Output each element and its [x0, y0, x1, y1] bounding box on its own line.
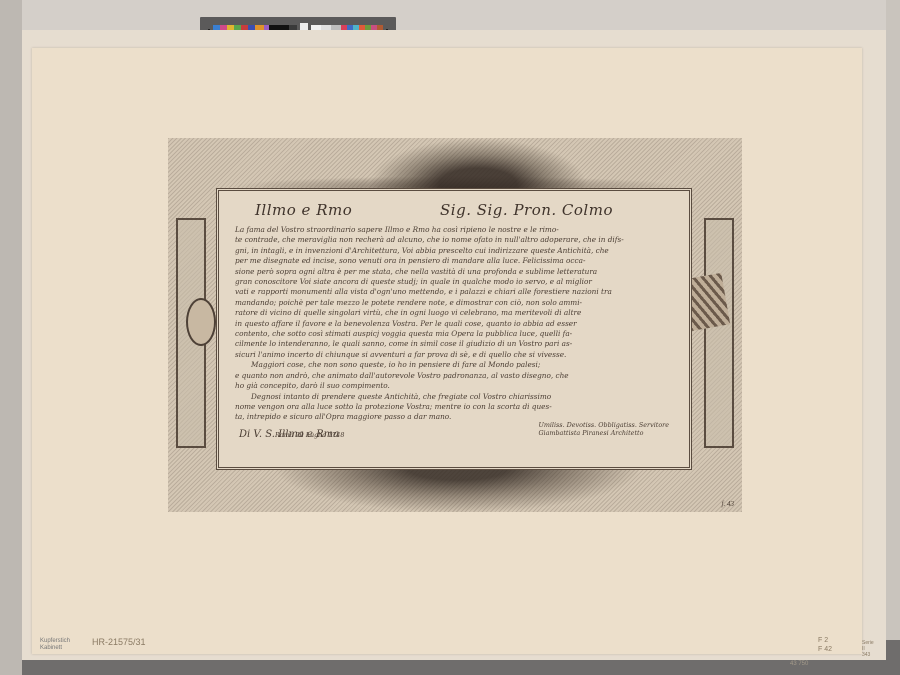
folio-line-1: F 2 [818, 636, 832, 645]
right-pilaster [704, 218, 734, 448]
signature-block: Umiliss. Devotiss. Obbligatiss. Servitor… [538, 421, 673, 439]
letter-line: vati e rapporti monumenti alla vista d'o… [235, 287, 673, 297]
letter-line: ho già concepito, darò il suo compimento… [235, 381, 673, 391]
signature-row: Roma 20 Luglio 1748 Umiliss. Devotiss. O… [235, 421, 673, 439]
letter-date: Roma 20 Luglio 1748 [235, 421, 344, 439]
dedication-frame: Illmo e Rmo Sig. Sig. Pron. Colmo La fam… [216, 188, 692, 470]
salutation-right: Sig. Sig. Pron. Colmo [440, 201, 613, 219]
letter-line: Degnosi intanto di prendere queste Antic… [235, 392, 673, 402]
letter-line: gran conoscitore Voi siate ancora di que… [235, 277, 673, 287]
etching-plate: Illmo e Rmo Sig. Sig. Pron. Colmo La fam… [168, 138, 742, 512]
bottom-note: 43 750 [790, 661, 808, 667]
letter-line: in questo affare il favore e la benevole… [235, 319, 673, 329]
inventory-number: HR-21575/31 [92, 637, 146, 647]
folio-annotation: F 2 F 42 [818, 636, 832, 654]
letter-line: mandando; poichè per tale mezzo le potet… [235, 298, 673, 308]
letter-line: contento, che sotto così stimati auspicj… [235, 329, 673, 339]
portrait-medallion-icon [186, 298, 216, 346]
letter-line: te contrade, che meraviglia non recherà … [235, 235, 673, 245]
dedication-letter: Illmo e Rmo Sig. Sig. Pron. Colmo La fam… [235, 201, 673, 440]
letter-body: La fama del Vostro straordinario sapere … [235, 225, 673, 423]
salutation-left: Illmo e Rmo [255, 201, 352, 219]
letter-line: nome vengon ora alla luce sotto la prote… [235, 402, 673, 412]
series-note: Serie II 343 [862, 640, 874, 658]
collection-stamp: Kupferstich Kabinett [40, 638, 70, 652]
letter-line: La fama del Vostro straordinario sapere … [235, 225, 673, 235]
salutation: Illmo e Rmo Sig. Sig. Pron. Colmo [235, 201, 673, 219]
letter-line: sicuri l'animo incerto di chiunque si av… [235, 350, 673, 360]
plate-mark: f. 43 [722, 500, 734, 508]
letter-line: gni, in intagli, e in invenzioni d'Archi… [235, 246, 673, 256]
signature-line-1: Umiliss. Devotiss. Obbligatiss. Servitor… [538, 421, 669, 429]
letter-line: sione però sopra ogni altra è per me sta… [235, 267, 673, 277]
letter-line: e quanto non andrò, che animato dall'aut… [235, 371, 673, 381]
letter-line: Maggiori cose, che non sono queste, io h… [235, 360, 673, 370]
left-edge-shadow [0, 0, 22, 675]
letter-line: ratore di vicino di quelle singolari vir… [235, 308, 673, 318]
right-edge-shadow [886, 0, 900, 640]
letter-line: per me disegnate ed incise, sono venuti … [235, 256, 673, 266]
letter-line: cilmente lo intenderanno, le quali sanno… [235, 339, 673, 349]
signature-line-2: Giambattista Piranesi Architetto [538, 429, 643, 437]
backing-board-top-strip [0, 0, 900, 30]
folio-line-2: F 42 [818, 645, 832, 654]
